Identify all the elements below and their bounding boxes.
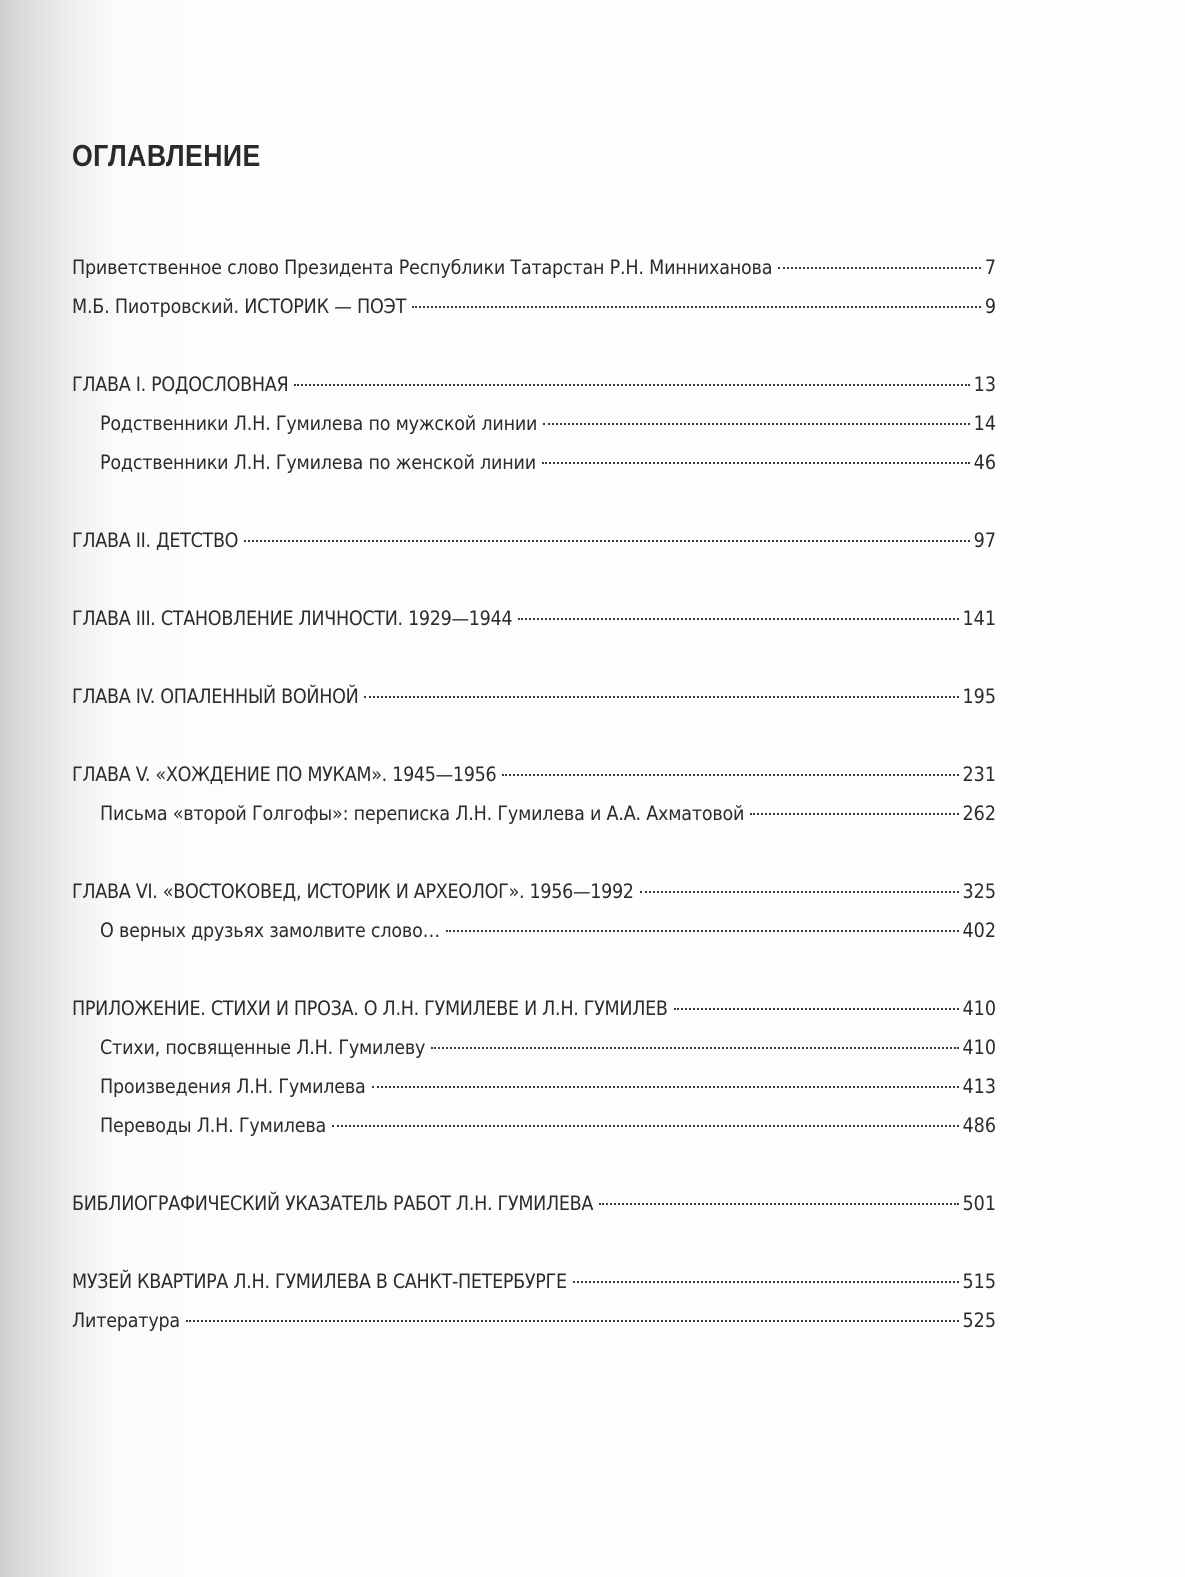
page-number: 525 bbox=[963, 1301, 996, 1340]
page-number: 410 bbox=[963, 989, 996, 1028]
dot-leader bbox=[599, 1203, 958, 1205]
page-number: 7 bbox=[985, 248, 996, 287]
entry-title: ГЛАВА VI. «ВОСТОКОВЕД, ИСТОРИК И АРХЕОЛО… bbox=[72, 872, 634, 911]
dot-leader bbox=[372, 1086, 959, 1088]
entry-title: Произведения Л.Н. Гумилева bbox=[100, 1067, 366, 1106]
page-number: 413 bbox=[963, 1067, 996, 1106]
dot-leader bbox=[446, 930, 959, 932]
entry-title: ГЛАВА I. РОДОСЛОВНАЯ bbox=[72, 365, 288, 404]
toc-section: ГЛАВА II. ДЕТСТВО97 bbox=[72, 521, 996, 560]
dot-leader bbox=[186, 1320, 959, 1322]
dot-leader bbox=[502, 774, 958, 776]
toc-entry: ГЛАВА IV. ОПАЛЕННЫЙ ВОЙНОЙ195 bbox=[72, 677, 996, 716]
toc-subentry: Стихи, посвященные Л.Н. Гумилеву410 bbox=[72, 1028, 996, 1067]
entry-title: ПРИЛОЖЕНИЕ. СТИХИ И ПРОЗА. О Л.Н. ГУМИЛЕ… bbox=[72, 989, 668, 1028]
page-number: 262 bbox=[963, 794, 996, 833]
toc-section: ГЛАВА I. РОДОСЛОВНАЯ13Родственники Л.Н. … bbox=[72, 365, 996, 482]
dot-leader bbox=[431, 1047, 958, 1049]
entry-title: ГЛАВА IV. ОПАЛЕННЫЙ ВОЙНОЙ bbox=[72, 677, 358, 716]
entry-title: Родственники Л.Н. Гумилева по женской ли… bbox=[100, 443, 536, 482]
toc-subentry: Родственники Л.Н. Гумилева по женской ли… bbox=[72, 443, 996, 482]
toc-subentry: Письма «второй Голгофы»: переписка Л.Н. … bbox=[72, 794, 996, 833]
toc-subentry: Произведения Л.Н. Гумилева413 bbox=[72, 1067, 996, 1106]
page-number: 46 bbox=[974, 443, 996, 482]
table-of-contents: Приветственное слово Президента Республи… bbox=[72, 248, 996, 1379]
page-number: 515 bbox=[963, 1262, 996, 1301]
dot-leader bbox=[542, 462, 970, 464]
toc-section: ГЛАВА III. СТАНОВЛЕНИЕ ЛИЧНОСТИ. 1929—19… bbox=[72, 599, 996, 638]
entry-title: МУЗЕЙ КВАРТИРА Л.Н. ГУМИЛЕВА В САНКТ-ПЕТ… bbox=[72, 1262, 567, 1301]
toc-entry: М.Б. Пиотровский. ИСТОРИК — ПОЭТ9 bbox=[72, 287, 996, 326]
dot-leader bbox=[518, 618, 958, 620]
toc-subentry: Родственники Л.Н. Гумилева по мужской ли… bbox=[72, 404, 996, 443]
dot-leader bbox=[244, 540, 969, 542]
entry-title: ГЛАВА II. ДЕТСТВО bbox=[72, 521, 238, 560]
entry-title: Стихи, посвященные Л.Н. Гумилеву bbox=[100, 1028, 425, 1067]
page-number: 402 bbox=[963, 911, 996, 950]
toc-entry: ГЛАВА III. СТАНОВЛЕНИЕ ЛИЧНОСТИ. 1929—19… bbox=[72, 599, 996, 638]
entry-title: Родственники Л.Н. Гумилева по мужской ли… bbox=[100, 404, 537, 443]
page-number: 231 bbox=[963, 755, 996, 794]
entry-title: М.Б. Пиотровский. ИСТОРИК — ПОЭТ bbox=[72, 287, 406, 326]
toc-section: Приветственное слово Президента Республи… bbox=[72, 248, 996, 326]
toc-entry: ПРИЛОЖЕНИЕ. СТИХИ И ПРОЗА. О Л.Н. ГУМИЛЕ… bbox=[72, 989, 996, 1028]
toc-entry: МУЗЕЙ КВАРТИРА Л.Н. ГУМИЛЕВА В САНКТ-ПЕТ… bbox=[72, 1262, 996, 1301]
toc-entry: ГЛАВА I. РОДОСЛОВНАЯ13 bbox=[72, 365, 996, 404]
toc-entry: ГЛАВА VI. «ВОСТОКОВЕД, ИСТОРИК И АРХЕОЛО… bbox=[72, 872, 996, 911]
entry-title: ГЛАВА III. СТАНОВЛЕНИЕ ЛИЧНОСТИ. 1929—19… bbox=[72, 599, 512, 638]
entry-title: Литература bbox=[72, 1301, 180, 1340]
page-number: 13 bbox=[974, 365, 996, 404]
entry-title: Письма «второй Голгофы»: переписка Л.Н. … bbox=[100, 794, 744, 833]
page-number: 14 bbox=[974, 404, 996, 443]
toc-section: ГЛАВА VI. «ВОСТОКОВЕД, ИСТОРИК И АРХЕОЛО… bbox=[72, 872, 996, 950]
entry-title: Приветственное слово Президента Республи… bbox=[72, 248, 772, 287]
toc-entry: ГЛАВА V. «ХОЖДЕНИЕ ПО МУКАМ». 1945—19562… bbox=[72, 755, 996, 794]
page-number: 410 bbox=[963, 1028, 996, 1067]
toc-subentry: О верных друзьях замолвите слово…402 bbox=[72, 911, 996, 950]
toc-section: ГЛАВА V. «ХОЖДЕНИЕ ПО МУКАМ». 1945—19562… bbox=[72, 755, 996, 833]
toc-section: ГЛАВА IV. ОПАЛЕННЫЙ ВОЙНОЙ195 bbox=[72, 677, 996, 716]
toc-entry: ГЛАВА II. ДЕТСТВО97 bbox=[72, 521, 996, 560]
page-title: ОГЛАВЛЕНИЕ bbox=[72, 138, 261, 174]
entry-title: О верных друзьях замолвите слово… bbox=[100, 911, 440, 950]
dot-leader bbox=[778, 267, 981, 269]
toc-section: ПРИЛОЖЕНИЕ. СТИХИ И ПРОЗА. О Л.Н. ГУМИЛЕ… bbox=[72, 989, 996, 1145]
dot-leader bbox=[332, 1125, 958, 1127]
dot-leader bbox=[640, 891, 959, 893]
dot-leader bbox=[750, 813, 958, 815]
dot-leader bbox=[294, 384, 969, 386]
entry-title: ГЛАВА V. «ХОЖДЕНИЕ ПО МУКАМ». 1945—1956 bbox=[72, 755, 496, 794]
toc-entry: БИБЛИОГРАФИЧЕСКИЙ УКАЗАТЕЛЬ РАБОТ Л.Н. Г… bbox=[72, 1184, 996, 1223]
toc-section: МУЗЕЙ КВАРТИРА Л.Н. ГУМИЛЕВА В САНКТ-ПЕТ… bbox=[72, 1262, 996, 1340]
entry-title: БИБЛИОГРАФИЧЕСКИЙ УКАЗАТЕЛЬ РАБОТ Л.Н. Г… bbox=[72, 1184, 593, 1223]
dot-leader bbox=[364, 696, 958, 698]
page-number: 195 bbox=[963, 677, 996, 716]
dot-leader bbox=[573, 1281, 959, 1283]
page-number: 141 bbox=[963, 599, 996, 638]
toc-subentry: Переводы Л.Н. Гумилева486 bbox=[72, 1106, 996, 1145]
toc-entry: Приветственное слово Президента Республи… bbox=[72, 248, 996, 287]
page-number: 97 bbox=[974, 521, 996, 560]
page-number: 501 bbox=[963, 1184, 996, 1223]
page-number: 325 bbox=[963, 872, 996, 911]
toc-section: БИБЛИОГРАФИЧЕСКИЙ УКАЗАТЕЛЬ РАБОТ Л.Н. Г… bbox=[72, 1184, 996, 1223]
page-number: 9 bbox=[985, 287, 996, 326]
toc-entry: Литература525 bbox=[72, 1301, 996, 1340]
dot-leader bbox=[674, 1008, 959, 1010]
dot-leader bbox=[543, 423, 969, 425]
page-number: 486 bbox=[963, 1106, 996, 1145]
entry-title: Переводы Л.Н. Гумилева bbox=[100, 1106, 326, 1145]
dot-leader bbox=[412, 306, 981, 308]
